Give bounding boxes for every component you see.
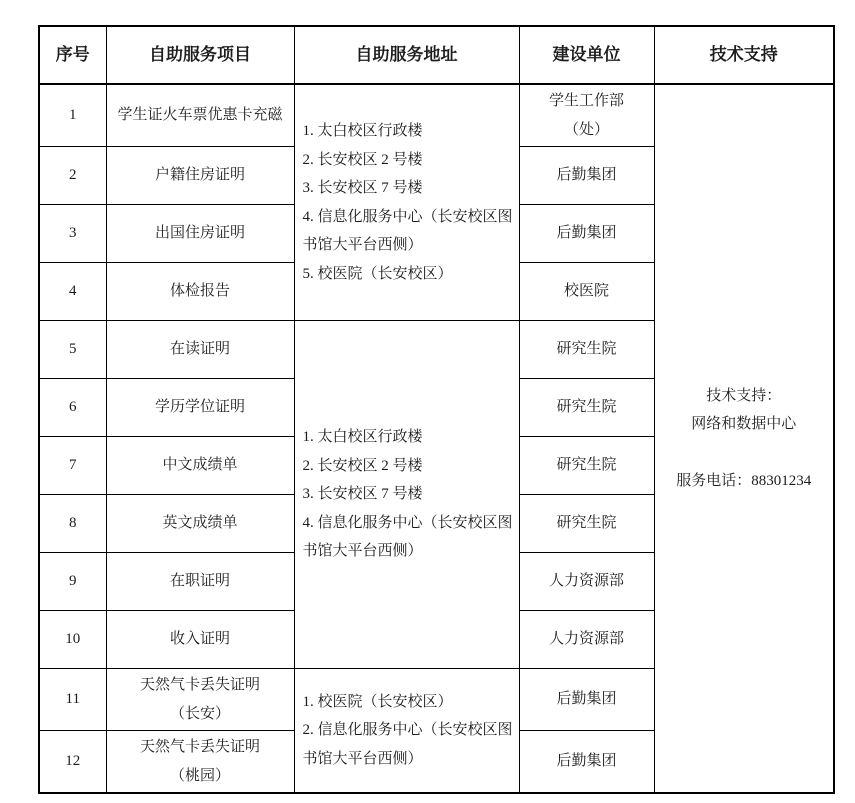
row-no: 5	[39, 321, 106, 379]
row-item: 天然气卡丢失证明 （桃园）	[106, 731, 294, 794]
row-unit: 学生工作部 （处）	[519, 84, 654, 147]
table-row: 1 学生证火车票优惠卡充磁 1. 太白校区行政楼 2. 长安校区 2 号楼 3.…	[39, 84, 834, 147]
row-unit: 研究生院	[519, 495, 654, 553]
address-block-1: 1. 太白校区行政楼 2. 长安校区 2 号楼 3. 长安校区 7 号楼 4. …	[294, 84, 519, 321]
row-unit: 研究生院	[519, 321, 654, 379]
header-row: 序号 自助服务项目 自助服务地址 建设单位 技术支持	[39, 26, 834, 84]
row-item: 户籍住房证明	[106, 147, 294, 205]
row-no: 2	[39, 147, 106, 205]
header-unit: 建设单位	[519, 26, 654, 84]
row-no: 12	[39, 731, 106, 794]
row-unit: 人力资源部	[519, 553, 654, 611]
row-unit: 研究生院	[519, 437, 654, 495]
row-no: 4	[39, 263, 106, 321]
row-no: 3	[39, 205, 106, 263]
service-table-container: 序号 自助服务项目 自助服务地址 建设单位 技术支持 1 学生证火车票优惠卡充磁…	[38, 25, 835, 794]
row-no: 1	[39, 84, 106, 147]
self-service-table: 序号 自助服务项目 自助服务地址 建设单位 技术支持 1 学生证火车票优惠卡充磁…	[38, 25, 835, 794]
row-unit: 后勤集团	[519, 669, 654, 731]
address-block-2: 1. 太白校区行政楼 2. 长安校区 2 号楼 3. 长安校区 7 号楼 4. …	[294, 321, 519, 669]
header-item: 自助服务项目	[106, 26, 294, 84]
row-item: 学历学位证明	[106, 379, 294, 437]
row-item: 体检报告	[106, 263, 294, 321]
row-unit: 后勤集团	[519, 205, 654, 263]
support-cell: 技术支持： 网络和数据中心 服务电话：88301234	[654, 84, 834, 793]
row-item: 在职证明	[106, 553, 294, 611]
row-item: 中文成绩单	[106, 437, 294, 495]
row-no: 11	[39, 669, 106, 731]
row-unit: 校医院	[519, 263, 654, 321]
header-address: 自助服务地址	[294, 26, 519, 84]
row-unit: 后勤集团	[519, 731, 654, 794]
header-support: 技术支持	[654, 26, 834, 84]
row-no: 7	[39, 437, 106, 495]
header-no: 序号	[39, 26, 106, 84]
row-item: 在读证明	[106, 321, 294, 379]
row-no: 9	[39, 553, 106, 611]
row-item: 出国住房证明	[106, 205, 294, 263]
row-no: 10	[39, 611, 106, 669]
row-item: 天然气卡丢失证明 （长安）	[106, 669, 294, 731]
address-block-3: 1. 校医院（长安校区） 2. 信息化服务中心（长安校区图书馆大平台西侧）	[294, 669, 519, 794]
row-no: 8	[39, 495, 106, 553]
row-unit: 人力资源部	[519, 611, 654, 669]
row-unit: 后勤集团	[519, 147, 654, 205]
row-item: 英文成绩单	[106, 495, 294, 553]
row-item: 收入证明	[106, 611, 294, 669]
row-unit: 研究生院	[519, 379, 654, 437]
row-no: 6	[39, 379, 106, 437]
row-item: 学生证火车票优惠卡充磁	[106, 84, 294, 147]
